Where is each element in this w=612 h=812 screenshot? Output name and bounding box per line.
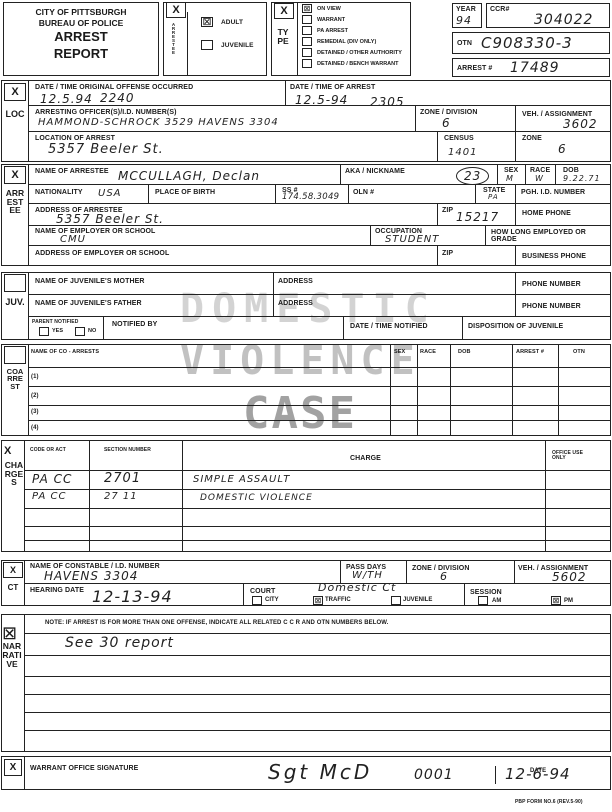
- loc-vertical-label: LOC: [5, 108, 25, 121]
- parent-notified-label: PARENT NOTIFIED: [32, 320, 78, 325]
- coarrest-otn-label: OTN: [573, 350, 585, 356]
- city-name: CITY OF PITTSBURGH: [3, 7, 159, 17]
- race-value: W: [535, 175, 544, 183]
- arrest-number-label: ARREST #: [457, 65, 492, 72]
- arrestee-vertical-label: ARRESTEE: [171, 22, 176, 54]
- arrestee-details-vertical-label: ARRESTEE: [5, 189, 25, 215]
- coarrest-row-2[interactable]: (2): [31, 393, 39, 399]
- arrestee-details-mark[interactable]: X: [4, 166, 26, 184]
- ct-vertical-label: CT: [3, 584, 23, 593]
- zone-division-value: 6: [442, 117, 451, 129]
- juvenile-section-mark[interactable]: [4, 274, 26, 292]
- otn-label: OTN: [457, 40, 472, 47]
- nationality-label: NATIONALITY: [35, 189, 83, 196]
- mother-name-label: NAME OF JUVENILE'S MOTHER: [35, 278, 145, 285]
- pa-arrest-checkbox[interactable]: [302, 26, 312, 35]
- parent-notified-no-checkbox[interactable]: [75, 327, 85, 336]
- state-value: PA: [488, 194, 499, 201]
- type-vertical-label: TYPE: [276, 28, 290, 47]
- offense-datetime-label: DATE / TIME ORIGINAL OFFENSE OCCURRED: [35, 84, 193, 91]
- father-phone-label: PHONE NUMBER: [522, 303, 581, 310]
- sex-label: SEX: [504, 167, 518, 174]
- ct-section-mark[interactable]: X: [3, 562, 23, 578]
- on-view-label: ON VIEW: [317, 7, 341, 13]
- court-juvenile-checkbox[interactable]: [391, 596, 401, 605]
- vehicle-assignment-value: 3602: [563, 118, 598, 130]
- warrant-badge-number: 0001: [414, 768, 454, 782]
- offense-time-value: 2240: [100, 92, 135, 104]
- detained-other-label: DETAINED / OTHER AUTHORITY: [317, 51, 402, 57]
- census-label: CENSUS: [444, 135, 474, 142]
- zip-value: 15217: [456, 211, 499, 223]
- charge-section: 2701: [104, 472, 141, 485]
- race-label: RACE: [530, 167, 550, 174]
- employer-label: NAME OF EMPLOYER OR SCHOOL: [35, 228, 155, 235]
- narrative-line-1[interactable]: See 30 report: [65, 636, 174, 650]
- arrestee-name-value: MCCULLAGH, Declan: [118, 170, 260, 182]
- zone-label: ZONE: [522, 135, 542, 142]
- ct-vehicle-value: 5602: [552, 571, 587, 583]
- court-city-checkbox[interactable]: [252, 596, 262, 605]
- zip-label: ZIP: [442, 207, 453, 214]
- session-pm-label: PM: [564, 598, 573, 604]
- remedial-label: REMEDIAL (DIV ONLY): [317, 40, 376, 46]
- pass-days-value: W/TH: [352, 571, 383, 581]
- coarrest-name-label: NAME OF CO - ARRESTS: [31, 350, 99, 356]
- parent-notified-no-label: NO: [88, 329, 96, 335]
- warrant-signature-label: WARRANT OFFICE SIGNATURE: [30, 765, 138, 772]
- charge-code: PA CC: [32, 473, 72, 485]
- detained-bench-label: DETAINED / BENCH WARRANT: [317, 62, 398, 68]
- coarrest-race-label: RACE: [420, 350, 436, 356]
- location-label: LOCATION OF ARREST: [35, 135, 115, 142]
- location-value: 5357 Beeler St.: [48, 143, 164, 156]
- ccr-value: 304022: [534, 13, 593, 27]
- ccr-label: CCR#: [490, 6, 509, 13]
- nationality-value: USA: [98, 189, 122, 199]
- place-of-birth-label: PLACE OF BIRTH: [155, 189, 215, 196]
- pgh-id-label: PGH. I.D. NUMBER: [521, 189, 585, 196]
- session-pm-checkbox[interactable]: ⊠: [551, 596, 561, 605]
- detained-bench-checkbox[interactable]: [302, 59, 312, 68]
- domestic-violence-stamp-line2: VIOLENCE: [180, 338, 421, 384]
- hearing-date-value: 12-13-94: [92, 589, 173, 605]
- charge-description: SIMPLE ASSAULT: [193, 475, 290, 485]
- arrestee-section-mark[interactable]: X: [166, 2, 186, 18]
- arrest-date-value: 12.5-94: [295, 94, 348, 106]
- age-value: 23: [456, 167, 489, 185]
- juvenile-label: JUVENILE: [221, 43, 254, 50]
- arresting-officers-value: HAMMOND-SCHROCK 3529 HAVENS 3304: [38, 118, 279, 128]
- constable-value: HAVENS 3304: [44, 570, 138, 582]
- form-title-line1: ARREST: [3, 29, 159, 44]
- coarrest-row-1[interactable]: (1): [31, 374, 39, 380]
- ssn-value: 174.58.3049: [282, 193, 339, 202]
- employer-address-label: ADDRESS OF EMPLOYER OR SCHOOL: [35, 250, 169, 257]
- arrestee-name-label: NAME OF ARRESTEE: [35, 168, 109, 175]
- session-am-checkbox[interactable]: [478, 596, 488, 605]
- arrest-number-value: 17489: [510, 61, 560, 75]
- section-number-label: SECTION NUMBER: [104, 448, 151, 453]
- domestic-violence-stamp-line1: DOMESTIC: [180, 286, 437, 332]
- disposition-label: DISPOSITION OF JUVENILE: [468, 323, 563, 330]
- court-juvenile-label: JUVENILE: [403, 597, 432, 603]
- sex-value: M: [506, 175, 514, 183]
- court-label: COURT: [250, 588, 275, 595]
- narrative-note: NOTE: IF ARREST IS FOR MORE THAN ONE OFF…: [45, 620, 389, 626]
- arrest-datetime-label: DATE / TIME OF ARREST: [290, 84, 375, 91]
- detained-other-checkbox[interactable]: [302, 48, 312, 57]
- charge-code: PA CC: [32, 492, 67, 502]
- coarrest-dob-label: DOB: [458, 350, 471, 356]
- father-name-label: NAME OF JUVENILE'S FATHER: [35, 300, 142, 307]
- remedial-checkbox[interactable]: [302, 37, 312, 46]
- narrative-section-mark[interactable]: ⊠: [2, 624, 17, 642]
- adult-label: ADULT: [221, 20, 243, 27]
- employer-zip-label: ZIP: [442, 250, 453, 257]
- mother-phone-label: PHONE NUMBER: [522, 281, 581, 288]
- warrant-section-mark[interactable]: X: [4, 759, 22, 776]
- code-of-act-label: CODE OR ACT: [30, 448, 70, 453]
- bureau-name: BUREAU OF POLICE: [3, 18, 159, 28]
- charges-section-mark[interactable]: X: [4, 445, 11, 457]
- employer-value: CMU: [60, 235, 86, 245]
- ct-zone-division-value: 6: [440, 571, 448, 582]
- coarrest-row-3[interactable]: (3): [31, 409, 39, 415]
- dob-label: DOB: [563, 167, 579, 174]
- year-value: 94: [456, 15, 472, 26]
- arresting-officers-label: ARRESTING OFFICER(S)/I.D. NUMBER(S): [35, 109, 177, 116]
- warrant-signature: Sgt McD: [268, 762, 372, 782]
- notified-by-label: NOTIFIED BY: [112, 321, 157, 328]
- arrest-time-value: 2305: [370, 96, 405, 108]
- hearing-date-label: HEARING DATE: [30, 587, 84, 594]
- arrestee-address-value: 5357 Beeler St.: [56, 213, 164, 225]
- warrant-label: WARRANT: [317, 18, 345, 24]
- charge-label: CHARGE: [350, 455, 381, 462]
- session-am-label: AM: [492, 598, 501, 604]
- form-number: PBP FORM NO.6 (REV.5-90): [515, 800, 583, 805]
- loc-section-mark[interactable]: X: [4, 83, 26, 101]
- juvenile-vertical-label: JUV.: [4, 298, 26, 307]
- coarrest-section-mark[interactable]: [4, 346, 26, 364]
- court-traffic-label: TRAFFIC: [325, 597, 351, 603]
- mother-address-label: ADDRESS: [278, 278, 313, 285]
- zone-value: 6: [558, 143, 567, 155]
- business-phone-label: BUSINESS PHONE: [522, 253, 586, 260]
- type-section-mark[interactable]: X: [274, 3, 294, 19]
- juvenile-checkbox[interactable]: [201, 40, 213, 50]
- pa-arrest-label: PA ARREST: [317, 29, 348, 35]
- offense-date-value: 12.5.94: [40, 93, 93, 105]
- aka-label: AKA / NICKNAME: [345, 168, 405, 175]
- coarrest-vertical-label: COARREST: [5, 368, 25, 390]
- warrant-checkbox[interactable]: [302, 15, 312, 24]
- narrative-vertical-label: NARRATIVE: [2, 642, 22, 669]
- zone-division-label: ZONE / DIVISION: [420, 109, 478, 116]
- oln-label: OLN #: [353, 189, 374, 196]
- court-traffic-checkbox[interactable]: ⊠: [313, 596, 323, 605]
- charge-section: 27 11: [104, 492, 138, 502]
- census-value: 1401: [448, 148, 477, 158]
- occupation-value: STUDENT: [385, 235, 439, 245]
- charge-description: DOMESTIC VIOLENCE: [200, 494, 313, 503]
- coarrest-arrest-number-label: ARREST #: [516, 350, 544, 356]
- adult-checkbox[interactable]: ⊠: [201, 17, 213, 27]
- otn-value: C908330-3: [481, 36, 573, 51]
- session-label: SESSION: [470, 589, 502, 596]
- year-label: YEAR: [456, 6, 476, 13]
- domestic-violence-stamp-line3: CASE: [243, 388, 357, 439]
- form-title-line2: REPORT: [3, 46, 159, 61]
- parent-notified-yes-checkbox[interactable]: [39, 327, 49, 336]
- how-long-employed-label: HOW LONG EMPLOYED OR GRADE: [491, 229, 609, 244]
- coarrest-row-4[interactable]: (4): [31, 425, 39, 431]
- parent-notified-yes-label: YES: [52, 329, 63, 335]
- warrant-date-value: 12-6-94: [505, 767, 571, 782]
- dob-value: 9.22.71: [563, 175, 601, 183]
- charges-vertical-label: CHARGES: [4, 461, 24, 487]
- home-phone-label: HOME PHONE: [522, 210, 571, 217]
- court-handwritten-note: Domestic Ct: [318, 582, 396, 593]
- office-use-label: OFFICE USE ONLY: [552, 451, 592, 461]
- court-city-label: CITY: [265, 597, 279, 603]
- on-view-checkbox[interactable]: ⊠: [302, 4, 312, 13]
